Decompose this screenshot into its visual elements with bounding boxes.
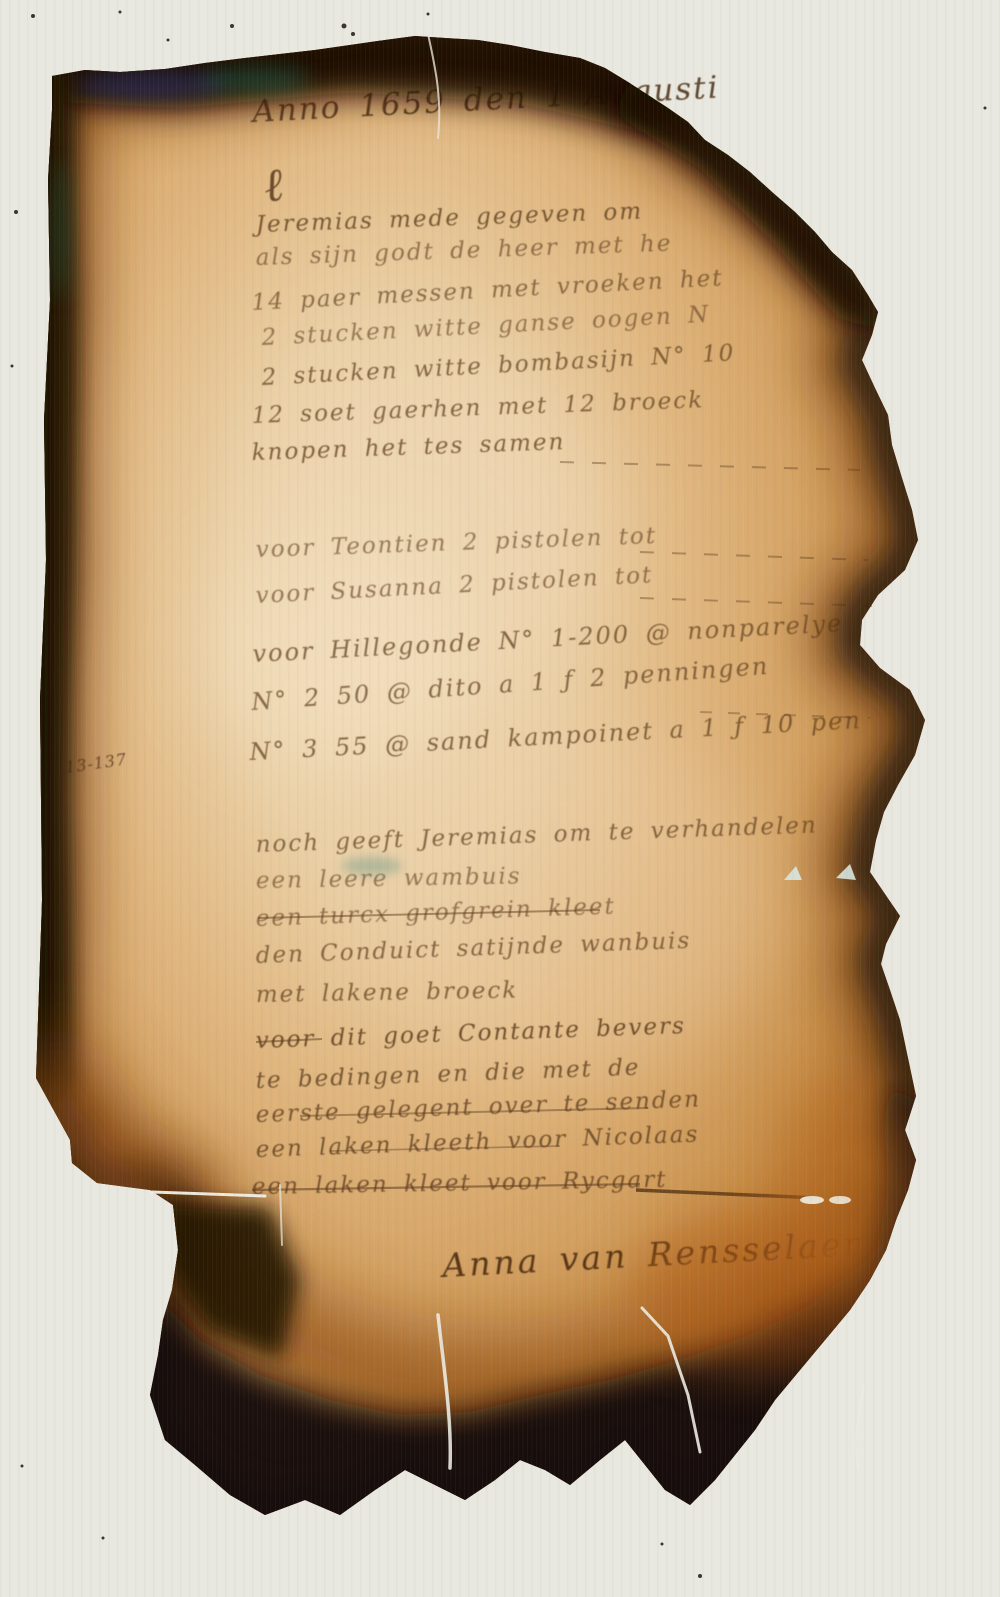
dust-speck (167, 39, 170, 42)
dust-speck (342, 24, 347, 29)
manuscript-scan: Anno 1659 den 1 Augusti ℓ Jeremias mede … (0, 0, 1000, 1597)
dust-speck (427, 13, 430, 16)
dust-speck (119, 11, 122, 14)
dust-speck (21, 1465, 24, 1468)
dust-speck (351, 32, 355, 36)
dust-speck (230, 24, 234, 28)
dust-speck (984, 107, 987, 110)
dust-speck (698, 1574, 702, 1578)
dust-speck (11, 365, 14, 368)
scanned-document: Anno 1659 den 1 Augusti ℓ Jeremias mede … (0, 0, 1000, 1597)
dust-speck (102, 1537, 105, 1540)
dust-speck (661, 1543, 664, 1546)
dust-speck (31, 14, 35, 18)
dust-speck (14, 210, 18, 214)
scan-streaks (0, 0, 1000, 1597)
